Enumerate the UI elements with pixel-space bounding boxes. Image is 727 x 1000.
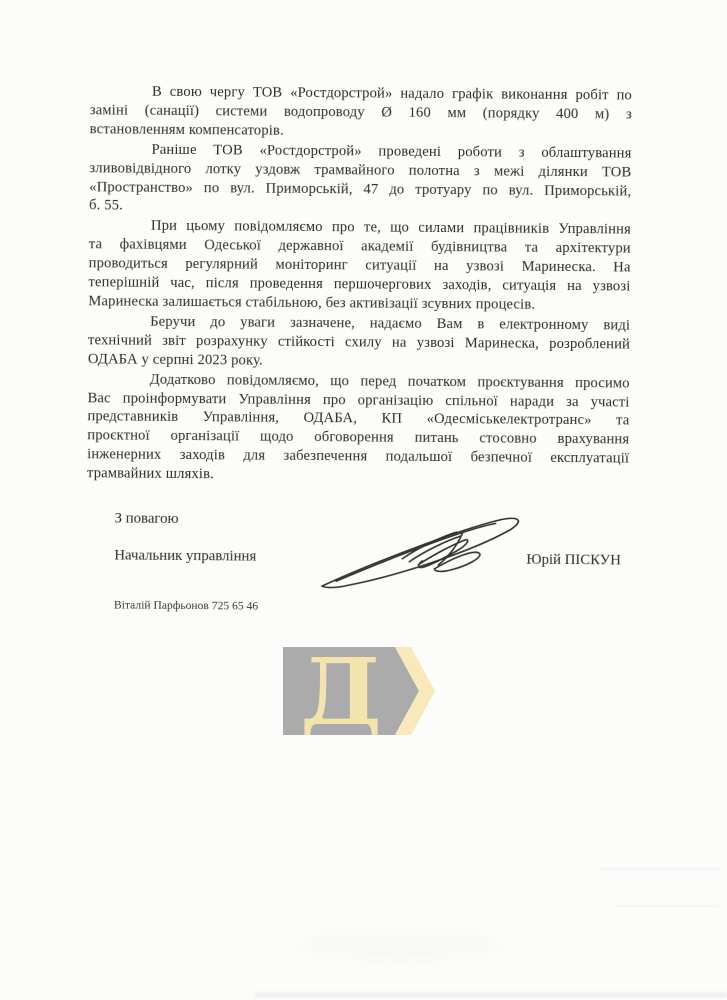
scanned-letter-page: В свою чергу ТОВ «Ростдорстрой» надало г… [0,0,727,1000]
watermark-letter: Д [300,647,382,735]
closing-salutation: З повагою [115,510,179,528]
signer-name: Юрій ПІСКУН [526,552,621,570]
signer-title: Начальник управління [114,547,256,565]
paragraph: Раніше ТОВ «Ростдорстрой» проведені робо… [89,140,632,220]
contact-line: Віталій Парфьонов 725 65 46 [114,598,258,612]
signature-scribble [314,498,535,592]
paragraph: Беручи до уваги зазначене, надаємо Вам в… [88,312,630,373]
paragraph: Додатково повідомляємо, що перед початко… [87,370,630,488]
paragraph: При цьому повідомляємо про те, що силами… [88,217,631,316]
letter-content: В свою чергу ТОВ «Ростдорстрой» надало г… [0,0,727,1000]
watermark-svg: Д [283,647,435,735]
letter-body: В свою чергу ТОВ «Ростдорстрой» надало г… [87,82,632,488]
dumskaya-watermark-logo: Д [283,647,435,735]
paragraph: В свою чергу ТОВ «Ростдорстрой» надало г… [90,82,632,143]
